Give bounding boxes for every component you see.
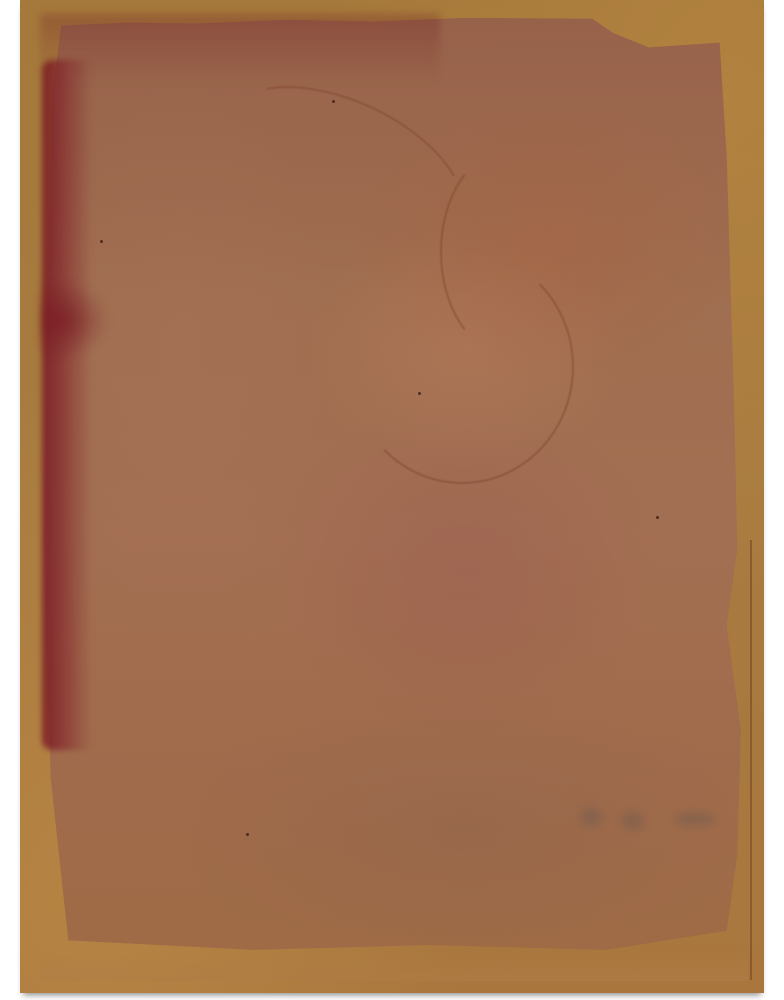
parchment-poster xyxy=(20,0,764,993)
speck xyxy=(332,100,335,103)
speck xyxy=(100,240,103,243)
grey-smudge xyxy=(622,812,644,830)
right-edge-crease xyxy=(750,540,752,980)
speck xyxy=(246,833,249,836)
speck xyxy=(656,516,659,519)
water-tide-mark xyxy=(440,150,574,354)
left-red-stain-blot xyxy=(40,280,110,360)
bottom-edge-band xyxy=(40,951,748,981)
grey-smudge xyxy=(675,812,715,826)
grey-smudge xyxy=(580,808,602,826)
speck xyxy=(418,392,421,395)
left-red-stain xyxy=(42,60,92,750)
top-edge-stain xyxy=(40,14,440,84)
